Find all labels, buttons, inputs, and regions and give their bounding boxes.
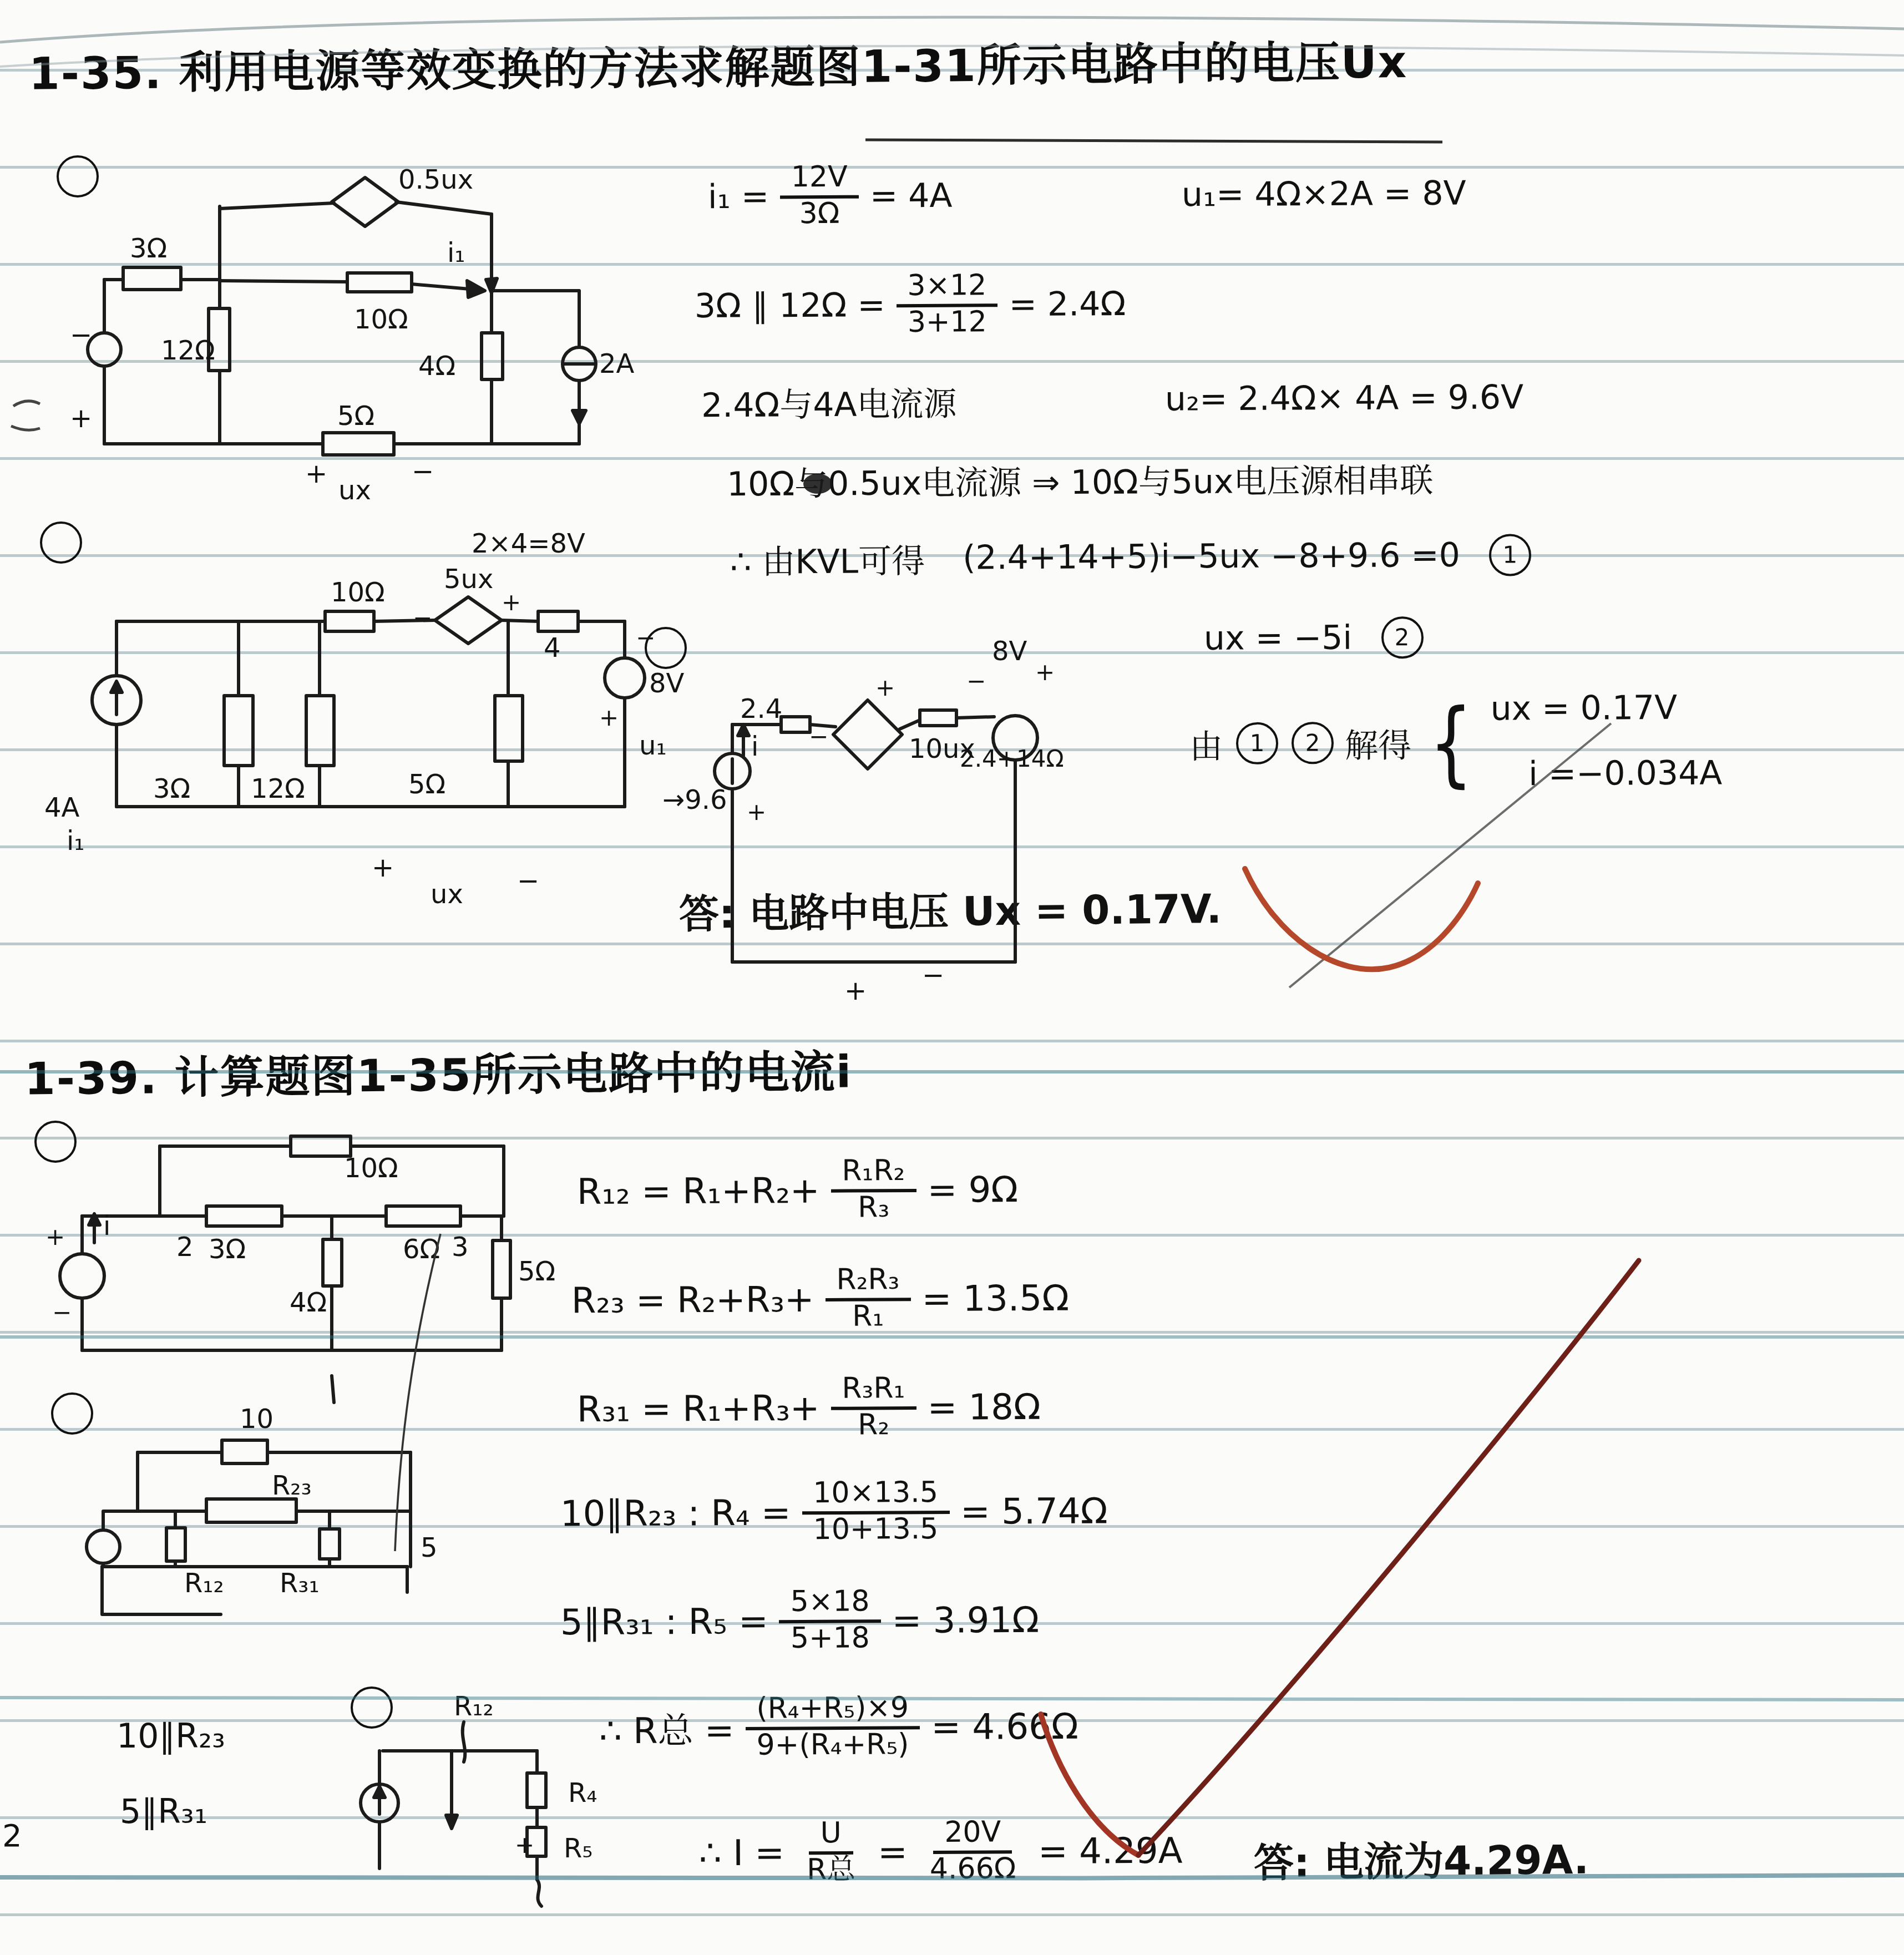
label-v-plus: +	[599, 704, 619, 731]
circuit3-diagram: − 8V + + − 2.4 i →9.6 + 10ux 2.4+14Ω + −	[645, 627, 687, 669]
fraction: 3×12 3+12	[896, 270, 997, 341]
margin-scribble	[11, 401, 40, 430]
equation-i1: i₁ = 12V 3Ω = 4A	[708, 161, 953, 232]
label-ux-minus: −	[517, 865, 539, 897]
tag-circle-1: 1	[1489, 534, 1531, 576]
label-ux-plus: +	[305, 458, 327, 489]
problem1-title: 1-35. 利用电源等效变换的方法求解题图1-31所示电路中的电压Ux	[29, 27, 1408, 103]
label-5: 5	[421, 1532, 438, 1563]
equation-kvl: ∴ 由KVL可得 (2.4+14+5)i−5ux −8+9.6 =0 1	[730, 530, 1531, 584]
circuit1-diagram: 0.5ux i₁ 3Ω 10Ω 12Ω 4Ω 2A 5Ω − + + ux −	[57, 155, 99, 197]
resistor-symbol	[493, 1240, 510, 1298]
label-plus: +	[515, 1831, 534, 1858]
label-r4: 4	[544, 632, 561, 664]
label-dep-source: 5ux	[444, 564, 493, 595]
label-r12: 12Ω	[161, 335, 215, 366]
equation-u2: u₂= 2.4Ω× 4A = 9.6V	[1165, 378, 1524, 419]
resistor-symbol	[222, 1440, 267, 1463]
fraction: (R₄+R₅)×99+(R₄+R₅)	[745, 1693, 920, 1763]
label-dep-minus: −	[809, 723, 828, 750]
dependent-source-symbol	[332, 178, 398, 226]
label-r5: R₅	[564, 1833, 593, 1864]
label-r3: 3Ω	[153, 773, 190, 804]
label-plus: +	[45, 1223, 65, 1250]
resistor-symbol	[538, 611, 578, 631]
note-24ohm-source: 2.4Ω与4A电流源	[701, 377, 957, 427]
label-s-plus: +	[747, 798, 766, 825]
label-9p6: →9.6	[662, 784, 727, 816]
label-r4: R₄	[568, 1777, 597, 1809]
label-v-plus: +	[1035, 659, 1055, 686]
dependent-source-symbol	[833, 700, 902, 769]
resistor-symbol	[166, 1528, 185, 1561]
circuit6-diagram: R₁₂ R₄ + R₅	[351, 1686, 393, 1729]
label-dep-plus: +	[875, 674, 895, 701]
resistor-symbol	[781, 717, 810, 732]
label-r10: 10Ω	[344, 1153, 398, 1184]
fraction: 5×185+18	[779, 1586, 881, 1657]
label-r6: 6Ω	[403, 1234, 440, 1265]
resistor-symbol	[386, 1206, 460, 1226]
equation-r5: 5∥R₃₁ : R₅ = 5×185+18 = 3.91Ω	[560, 1586, 1040, 1658]
pointer-line	[395, 1234, 440, 1551]
label-r4: 4Ω	[418, 351, 455, 382]
fraction: 20V4.66Ω	[918, 1817, 1027, 1887]
note-10ohm-source: 10Ω与0.5ux电流源 ⇒ 10Ω与5ux电压源相串联	[727, 453, 1434, 506]
label-v-minus: −	[966, 667, 986, 695]
grader-check-icon	[1138, 1260, 1639, 1855]
resistor-symbol	[323, 1239, 342, 1286]
label-dep-source: 0.5ux	[398, 164, 473, 195]
label-4a: 4A	[44, 792, 80, 823]
equation-r31: R₃₁ = R₁+R₃+ R₃R₁R₂ = 18Ω	[577, 1372, 1041, 1445]
label-ux: ux	[338, 475, 371, 506]
circuit6-wires	[361, 1722, 546, 1906]
label-r31: R₃₁	[280, 1568, 320, 1599]
voltage-source-symbol	[88, 333, 121, 366]
resistor-symbol	[527, 1773, 546, 1807]
label-node3: 3	[452, 1232, 469, 1263]
tag-circle-2: 2	[1381, 616, 1423, 659]
fraction: R₂R₃R₁	[825, 1264, 911, 1334]
solution-block: 由 1 2 解得 { ux = 0.17V i =−0.034A	[1189, 688, 1723, 796]
fraction: UR总	[796, 1818, 867, 1888]
resistor-symbol	[224, 696, 253, 766]
side-label-10-r23: 10∥R₂₃	[117, 1718, 225, 1756]
label-r12: R₁₂	[454, 1691, 494, 1722]
fraction: R₃R₁R₂	[831, 1373, 916, 1443]
label-ux-plus: +	[372, 852, 394, 883]
problem2-answer: 答: 电流为4.29A.	[1253, 1829, 1589, 1889]
side-label-5-r31: 5∥R₃₁	[120, 1793, 207, 1832]
label-r12: R₁₂	[184, 1568, 224, 1599]
source-symbol	[87, 1530, 120, 1563]
label-r3: 3Ω	[209, 1234, 246, 1265]
label-r10: 10Ω	[331, 577, 385, 608]
equation-ux: ux = −5i 2	[1204, 616, 1423, 660]
label-r12: 12Ω	[251, 773, 305, 804]
resistor-symbol	[206, 1499, 296, 1522]
label-minus: −	[52, 1299, 72, 1326]
voltage-source-symbol	[605, 658, 645, 698]
problem1-answer: 答: 电路中电压 Ux = 0.17V.	[678, 878, 1222, 940]
notebook-photo: 1-35. 利用电源等效变换的方法求解题图1-31所示电路中的电压Ux	[0, 0, 1904, 1955]
equation-current: ∴ I = UR总 = 20V4.66Ω = 4.29A	[699, 1816, 1183, 1888]
label-2a: 2A	[599, 348, 635, 379]
label-u1: u₁	[639, 730, 667, 761]
problem2-title: 1-39. 计算题图1-35所示电路中的电流i	[24, 1037, 853, 1107]
label-2p4: 2.4	[740, 693, 782, 725]
fraction: 10×13.510+13.5	[802, 1477, 949, 1548]
label-req: 2.4+14Ω	[960, 745, 1064, 772]
fraction: R₁R₂R₃	[831, 1156, 916, 1225]
equation-r12: R₁₂ = R₁+R₂+ R₁R₂R₃ = 9Ω	[577, 1155, 1019, 1227]
label-10: 10	[240, 1404, 274, 1435]
circuit4-diagram: 10Ω + i − 2 3Ω 6Ω 3 4Ω 5Ω	[34, 1121, 77, 1163]
label-node2: 2	[176, 1232, 194, 1263]
resistor-symbol	[123, 267, 181, 290]
note-2x4: 2×4=8V	[472, 528, 585, 559]
resistor-symbol	[920, 710, 956, 726]
circuit5-diagram: 10 R₂₃ R₁₂ R₃₁ 5	[51, 1392, 93, 1435]
circuit2-diagram: 2×4=8V 10Ω 5ux − + 4 − 8V + u₁ 4A i₁ 3Ω …	[40, 521, 82, 564]
equation-rtotal: ∴ R总 = (R₄+R₅)×99+(R₄+R₅) = 4.66Ω	[599, 1692, 1078, 1764]
label-r5: 5Ω	[518, 1256, 555, 1287]
label-plus: +	[70, 403, 92, 434]
label-i: i	[103, 1211, 110, 1242]
label-r3: 3Ω	[130, 233, 167, 264]
label-i: i	[751, 731, 758, 762]
resistor-symbol	[291, 1136, 351, 1156]
resistor-symbol	[325, 611, 374, 631]
resistor-symbol	[206, 1206, 282, 1226]
equation-r4: 10∥R₂₃ : R₄ = 10×13.510+13.5 = 5.74Ω	[560, 1476, 1108, 1549]
label-ux: ux	[431, 879, 463, 910]
resistor-symbol	[347, 273, 412, 292]
equation-r23: R₂₃ = R₂+R₃+ R₂R₃R₁ = 13.5Ω	[571, 1264, 1070, 1336]
voltage-source-symbol	[60, 1254, 104, 1298]
equation-u1: u₁= 4Ω×2A = 8V	[1182, 175, 1466, 215]
label-b-plus: +	[844, 975, 867, 1006]
label-ux-minus: −	[412, 456, 434, 487]
label-dep-plus: +	[502, 589, 521, 616]
resistor-symbol	[323, 433, 394, 455]
label-r10: 10Ω	[354, 304, 408, 335]
circuit4-wires	[60, 1136, 510, 1402]
fraction: 12V 3Ω	[780, 162, 859, 232]
dependent-source-symbol	[435, 597, 502, 644]
notebook-page: 1-35. 利用电源等效变换的方法求解题图1-31所示电路中的电压Ux	[0, 0, 1904, 1955]
resistor-symbol	[320, 1529, 340, 1559]
label-b-minus: −	[922, 960, 944, 991]
grader-swoosh-icon	[1245, 869, 1478, 969]
label-8v: 8V	[992, 636, 1027, 667]
label-minus: −	[70, 320, 92, 351]
solution-ux: ux = 0.17V	[1490, 688, 1721, 728]
margin-page-number: 2	[2, 1817, 22, 1854]
title-underline	[865, 140, 1442, 142]
tag-circle-2: 2	[1292, 722, 1334, 764]
brace: {	[1429, 687, 1473, 797]
label-i1: i₁	[67, 825, 85, 857]
label-r5: 5Ω	[408, 769, 445, 800]
label-i1: i₁	[447, 237, 465, 269]
circuit5-wires	[87, 1440, 411, 1614]
resistor-symbol	[482, 333, 503, 379]
label-r4: 4Ω	[290, 1287, 327, 1318]
solution-i: i =−0.034A	[1528, 754, 1722, 794]
label-r23: R₂₃	[272, 1470, 312, 1501]
tag-circle-1: 1	[1236, 722, 1278, 764]
resistor-symbol	[495, 696, 523, 761]
equation-parallel: 3Ω ∥ 12Ω = 3×12 3+12 = 2.4Ω	[695, 270, 1126, 342]
resistor-symbol	[306, 696, 334, 766]
label-dep-minus: −	[413, 604, 432, 631]
label-r5: 5Ω	[337, 401, 374, 432]
label-8v: 8V	[649, 668, 685, 699]
